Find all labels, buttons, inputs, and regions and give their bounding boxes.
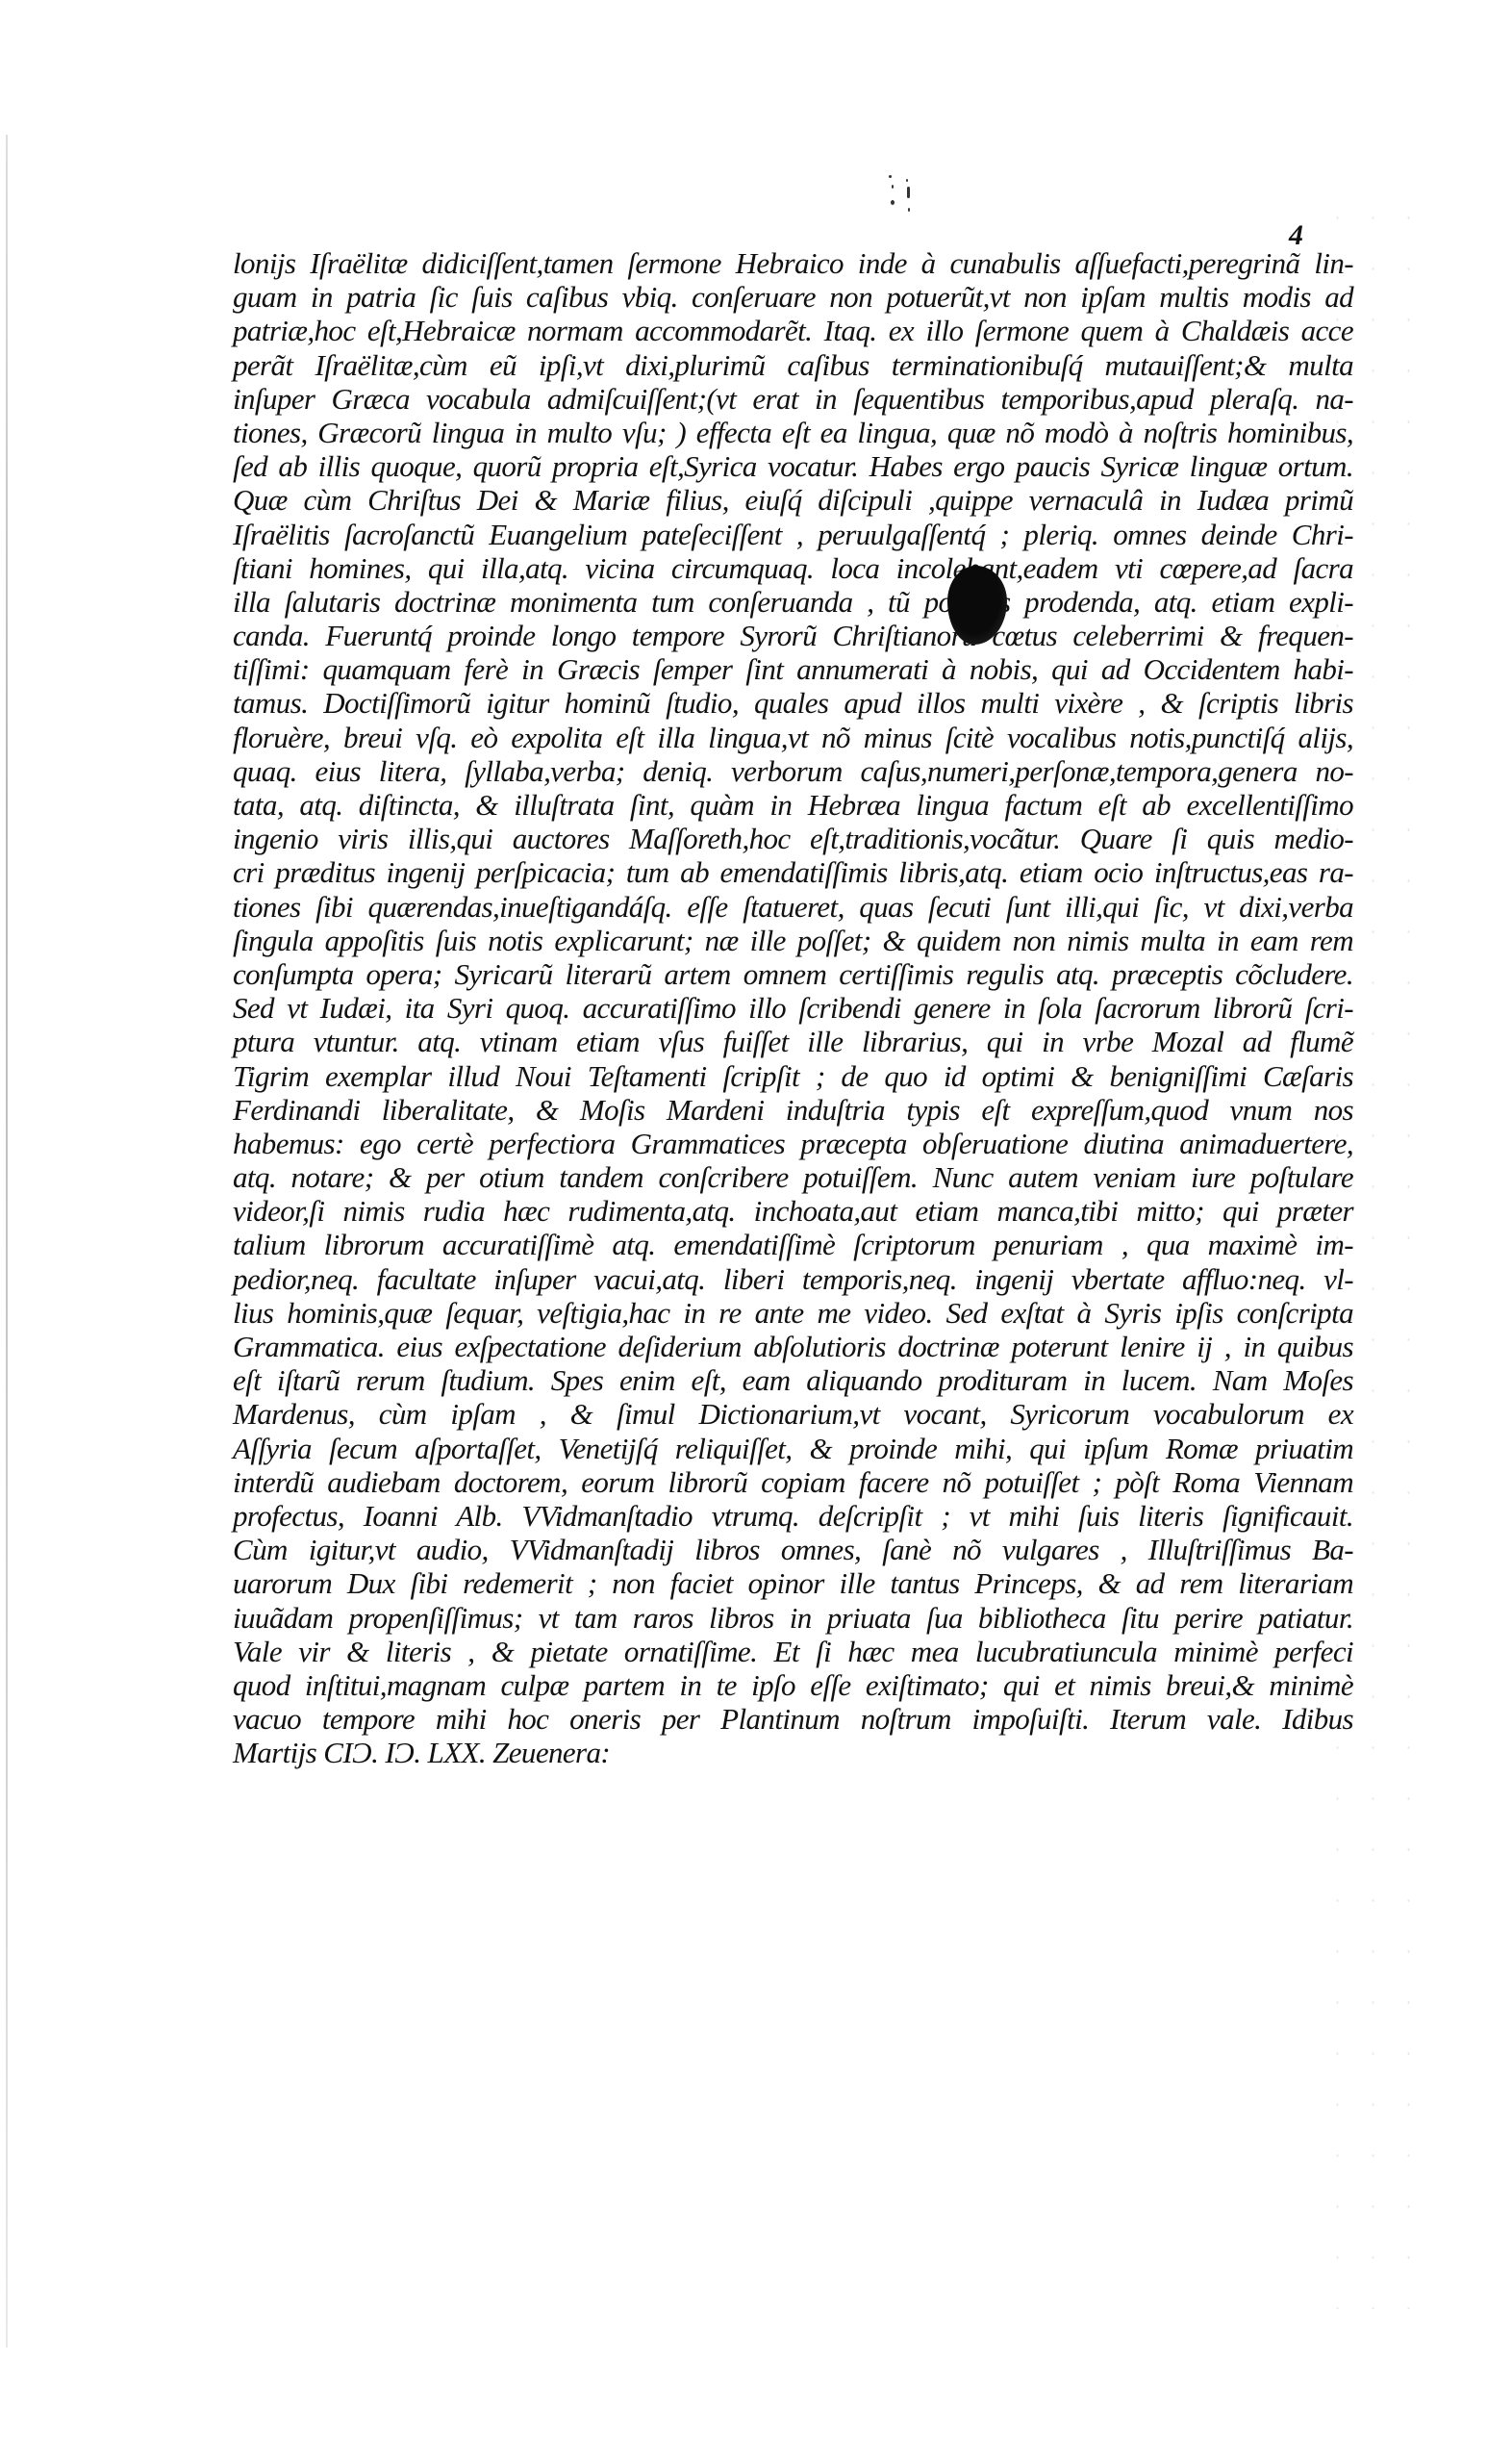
text-line: quaq. eius litera, ſyllaba,verba; deniq.… [233, 754, 1353, 788]
text-line: patriæ,hoc eſt,Hebraicæ normam accommoda… [233, 314, 1353, 347]
text-line: interdũ audiebam doctorem, eorum librorũ… [233, 1465, 1353, 1499]
text-line: Quæ cùm Chriſtus Dei & Mariæ filius, eiu… [233, 483, 1353, 517]
text-line: tiones, Græcorũ lingua in multo vſu; ) e… [233, 416, 1353, 449]
text-line: atq. notare; & per otium tandem conſcrib… [233, 1160, 1353, 1194]
text-line: quod inſtitui,magnam culpæ partem in te … [233, 1668, 1353, 1702]
text-line: Mardenus, cùm ipſam , & ſimul Dictionari… [233, 1397, 1353, 1431]
text-line: tata, atq. diſtincta, & illuſtrata ſint,… [233, 788, 1353, 822]
text-line: inſuper Græca vocabula admiſcuiſſent;(vt… [233, 382, 1353, 416]
text-line: ptura vtuntur. atq. vtinam etiam vſus fu… [233, 1025, 1353, 1058]
text-line: Aſſyria ſecum aſportaſſet, Venetijſq́ re… [233, 1432, 1353, 1465]
body-text: lonijs Iſraëlitæ didiciſſent,tamen ſermo… [233, 246, 1353, 1769]
text-line: lius hominis,quæ ſequar, veſtigia,hac in… [233, 1296, 1353, 1330]
text-line: pedior,neq. facultate inſuper vacui,atq.… [233, 1262, 1353, 1296]
scanned-page: 4 lonijs Iſraëlitæ didiciſſent,tamen ſer… [0, 0, 1512, 2463]
text-line: eſt iſtarũ rerum ſtudium. Spes enim eſt,… [233, 1363, 1353, 1397]
text-line: cri præditus ingenij perſpicacia; tum ab… [233, 855, 1353, 889]
text-line: canda. Fueruntq́ proinde longo tempore S… [233, 619, 1353, 652]
text-line: tiſſimi: quamquam ferè in Græcis ſemper … [233, 652, 1353, 686]
scan-specks [885, 173, 923, 231]
text-line: vacuo tempore mihi hoc oneris per Planti… [233, 1702, 1353, 1736]
text-line: illa ſalutaris doctrinæ monimenta tum co… [233, 585, 1353, 619]
text-line: ſingula appoſitis ſuis notis explicarunt… [233, 924, 1353, 957]
closing-date-line: Martijs CIƆ. IƆ. LXX. Zeuenera: [233, 1736, 1353, 1769]
text-line: talium librorum accuratiſſimè atq. emend… [233, 1228, 1353, 1261]
text-line: videor,ſi nimis rudia hæc rudimenta,atq.… [233, 1194, 1353, 1228]
text-line: ſtiani homines, qui illa,atq. vicina cir… [233, 551, 1353, 585]
scan-noise [1320, 192, 1435, 2309]
text-line: guam in patria ſic ſuis caſibus vbiq. co… [233, 280, 1353, 314]
text-line: lonijs Iſraëlitæ didiciſſent,tamen ſermo… [233, 246, 1353, 280]
text-line: iuuãdam propenſiſſimus; vt tam raros lib… [233, 1601, 1353, 1635]
text-line: Tigrim exemplar illud Noui Teſtamenti ſc… [233, 1059, 1353, 1093]
text-line: perãt Iſraëlitæ,cùm eũ ipſi,vt dixi,plur… [233, 348, 1353, 382]
text-line: Cùm igitur,vt audio, VVidmanſtadij libro… [233, 1533, 1353, 1566]
text-line: profectus, Ioanni Alb. VVidmanſtadio vtr… [233, 1499, 1353, 1533]
text-line: conſumpta opera; Syricarũ literarũ artem… [233, 957, 1353, 991]
text-line: uarorum Dux ſibi redemerit ; non faciet … [233, 1566, 1353, 1600]
text-line: Grammatica. eius exſpectatione deſideriu… [233, 1330, 1353, 1363]
text-line: tamus. Doctiſſimorũ igitur hominũ ſtudio… [233, 686, 1353, 720]
text-line: Iſraëlitis ſacroſanctũ Euangelium pateſe… [233, 518, 1353, 551]
text-line: floruère, breui vſq. eò expolita eſt ill… [233, 721, 1353, 754]
text-line: habemus: ego certè perfectiora Grammatic… [233, 1127, 1353, 1160]
text-line: Sed vt Iudæi, ita Syri quoq. accuratiſſi… [233, 991, 1353, 1025]
text-line: ingenio viris illis,qui auctores Maſſore… [233, 822, 1353, 855]
page-binding-edge [6, 135, 8, 2348]
text-line: Vale vir & literis , & pietate ornatiſſi… [233, 1635, 1353, 1668]
text-line: Ferdinandi liberalitate, & Moſis Mardeni… [233, 1093, 1353, 1127]
text-line: tiones ſibi quærendas,inueſtigandáſq. eſ… [233, 890, 1353, 924]
text-line: ſed ab illis quoque, quorũ propria eſt,S… [233, 449, 1353, 483]
